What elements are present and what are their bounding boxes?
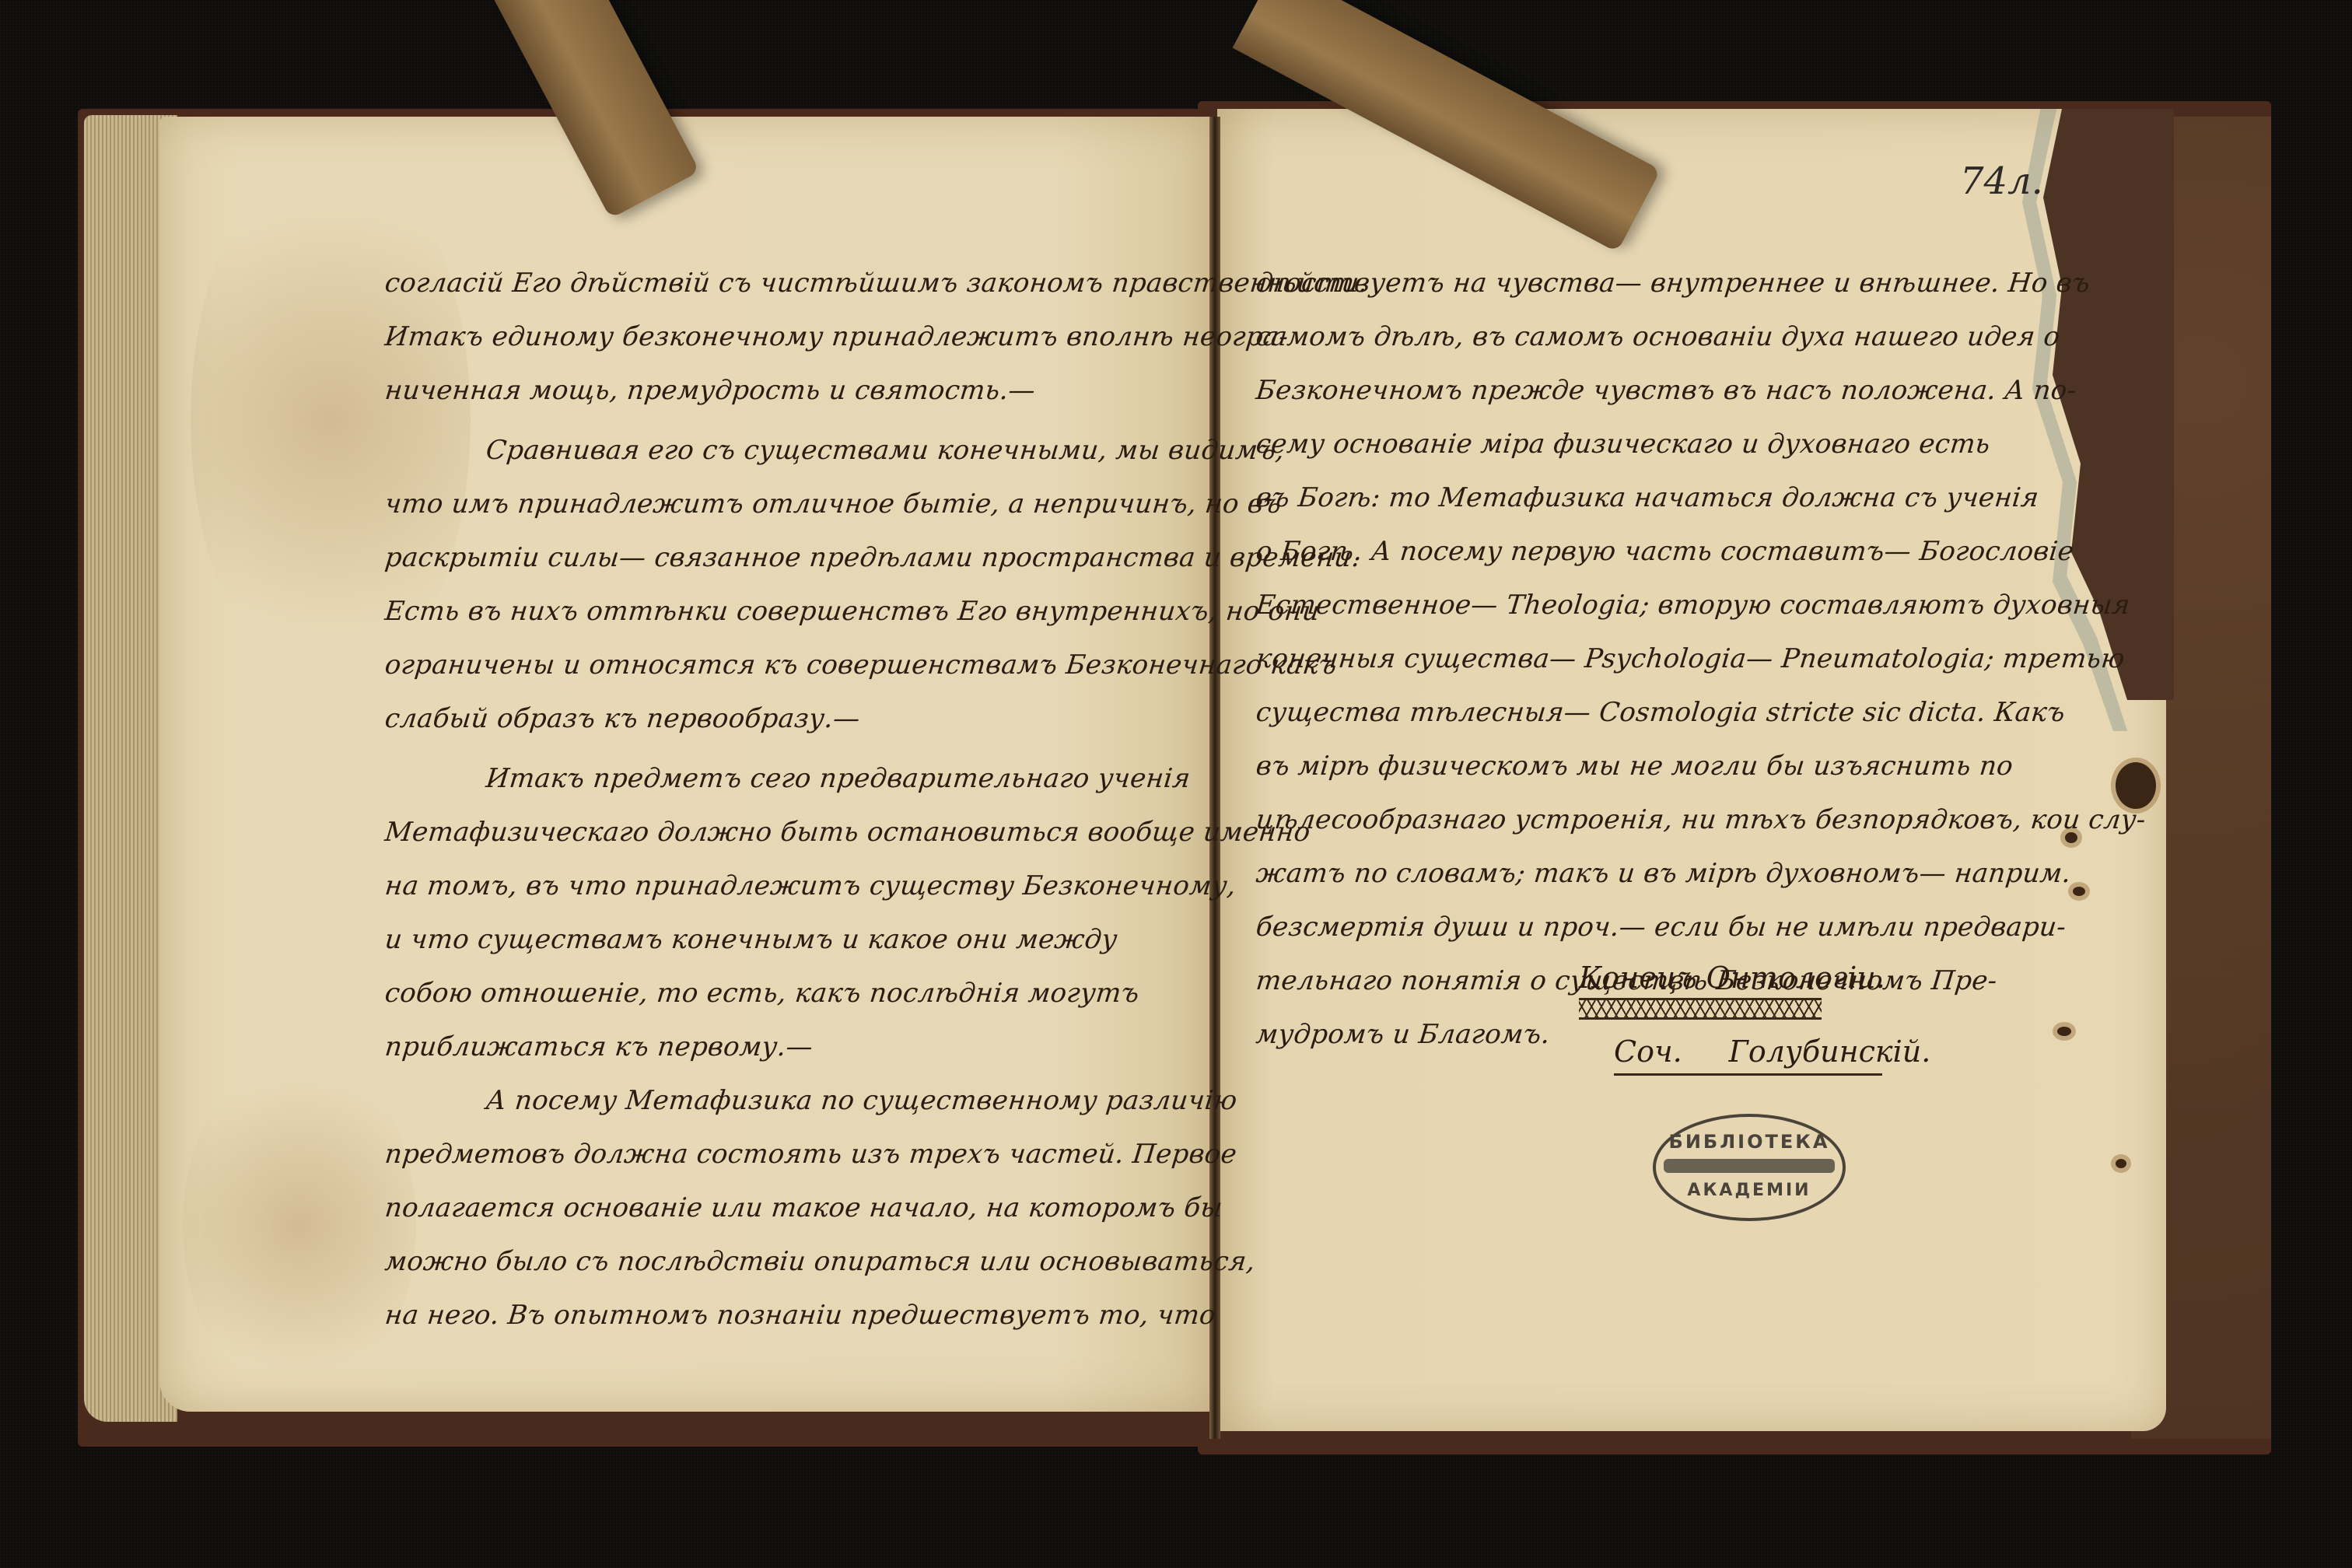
paragraph-start-line: Итакъ предметъ сего предварительнаго уче… [382,752,1220,806]
stamp-bottom-text: АКАДЕМІИ [1656,1181,1843,1200]
text-line: согласій Его дѣйствій съ чистѣйшимъ зако… [382,257,1220,310]
text-line: на томъ, въ что принадлежитъ существу Бе… [382,859,1220,913]
text-line: Естественное— Theologia; вторую составля… [1253,579,2098,632]
text-line: что имъ принадлежитъ отличное бытіе, а н… [382,478,1220,531]
text-line: въ Богѣ: то Метафизика начаться должна с… [1253,471,2098,525]
text-line: на него. Въ опытномъ познаніи предшеству… [382,1289,1220,1342]
author-name: Голубинскій. [1729,1034,1931,1069]
water-stain [183,1050,416,1400]
text-line: собою отношеніе, то есть, какъ послѣднія… [382,967,1220,1020]
text-line: ниченная мощь, премудрость и святость.— [382,364,1220,418]
worm-hole [2116,1159,2126,1168]
text-line: и что существамъ конечнымъ и какое они м… [382,913,1220,967]
stamp-smudged-band [1664,1159,1835,1173]
section-end-title: Конецъ Онтологіи. [1579,961,1885,995]
right-page-text: дѣйствуетъ на чувства— внутреннее и внѣш… [1256,257,2096,1062]
text-line: самомъ дѣлѣ, въ самомъ основаніи духа на… [1253,310,2098,364]
text-line: слабый образъ къ первообразу.— [382,692,1220,746]
text-line: сему основаніе міра физическаго и духовн… [1253,418,2098,471]
text-line: въ мірѣ физическомъ мы не могли бы изъяс… [1253,740,2098,793]
text-line: Метафизическаго должно быть остановиться… [382,806,1220,859]
text-line: существа тѣлесныя— Cosmologia stricte si… [1253,686,2098,740]
text-line: можно было съ послѣдствіи опираться или … [382,1235,1220,1289]
worm-hole [2116,762,2156,809]
text-line: предметовъ должна состоять изъ трехъ час… [382,1128,1220,1181]
stamp-top-text: БИБЛІОТЕКА [1656,1131,1843,1153]
text-line: дѣйствуетъ на чувства— внутреннее и внѣш… [1253,257,2098,310]
text-line: безсмертія души и проч.— если бы не имѣл… [1253,901,2098,954]
folio-number: 74л. [1960,159,2043,203]
text-line: полагается основаніе или такое начало, н… [382,1181,1220,1235]
text-line: жатъ по словамъ; такъ и въ мірѣ духовном… [1253,847,2098,901]
text-line: конечныя существа— Psychologia— Pneumato… [1253,632,2098,686]
text-line: Безконечномъ прежде чувствъ въ насъ поло… [1253,364,2098,418]
text-line: раскрытіи силы— связанное предѣлами прос… [382,531,1220,585]
author-signature: Соч. Голубинскій. [1614,1034,1882,1076]
zigzag-ornament-divider [1579,998,1822,1020]
library-stamp: БИБЛІОТЕКА АКАДЕМІИ [1653,1114,1846,1221]
text-line: Итакъ единому безконечному принадлежитъ … [382,310,1220,364]
text-line: о Богѣ. А посему первую часть составитъ—… [1253,525,2098,579]
paragraph-start-line: А посему Метафизика по существенному раз… [382,1074,1220,1128]
left-page-text: согласій Его дѣйствій съ чистѣйшимъ зако… [385,257,1217,1342]
text-line: ограничены и относятся къ совершенствамъ… [382,639,1220,692]
author-prefix: Соч. [1614,1034,1682,1069]
text-line: Есть въ нихъ оттѣнки совершенствъ Его вн… [382,585,1220,639]
paragraph-start-line: Сравнивая его съ существами конечными, м… [382,424,1220,478]
text-line: цѣлесообразнаго устроенія, ни тѣхъ безпо… [1253,793,2098,847]
text-line: приближаться къ первому.— [382,1020,1220,1074]
